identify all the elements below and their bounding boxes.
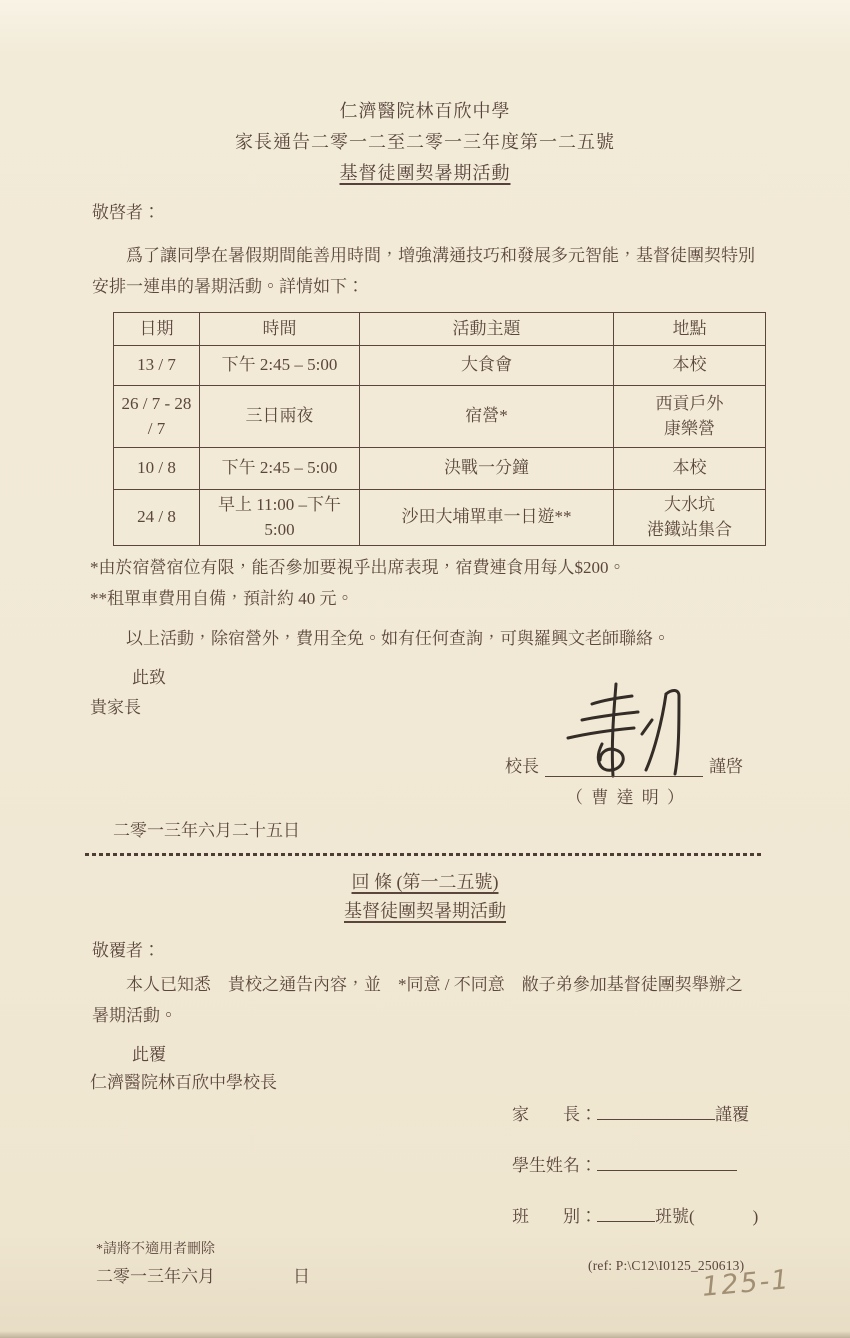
reply-slip-subtitle: 基督徒團契暑期活動 xyxy=(0,897,850,923)
class-number-close: ) xyxy=(753,1207,759,1226)
signature-blank xyxy=(545,758,703,777)
cut-dashed-line xyxy=(85,853,761,856)
reply-addressee: 仁濟醫院林百欣中學校長 xyxy=(90,1068,277,1093)
class-number-blank xyxy=(695,1204,753,1222)
school-name: 仁濟醫院林百欣中學 xyxy=(0,97,850,123)
salutation: 敬啓者： xyxy=(92,198,160,223)
cell-date: 26 / 7 - 28 / 7 xyxy=(114,386,200,448)
intro-line-1: 爲了讓同學在暑假期間能善用時間，增強溝通技巧和發展多元智能，基督徒團契特別 xyxy=(92,241,755,266)
table-row: 26 / 7 - 28 / 7 三日兩夜 宿營* 西貢戶外 康樂營 xyxy=(114,386,766,448)
class-field-row: 班 別：班號() xyxy=(512,1202,812,1227)
delete-inapplicable-footnote: *請將不適用者刪除 xyxy=(96,1238,215,1258)
col-header-date: 日期 xyxy=(114,313,200,346)
closing-addressee: 貴家長 xyxy=(90,693,141,718)
scanned-notice-page: 仁濟醫院林百欣中學 家長通告二零一二至二零一三年度第一二五號 基督徒團契暑期活動… xyxy=(0,0,850,1338)
reply-date-month: 二零一三年六月 xyxy=(96,1267,215,1286)
reply-slip-title: 回 條 (第一二五號) xyxy=(0,868,850,894)
cell-date: 10 / 8 xyxy=(114,448,200,490)
class-blank xyxy=(597,1203,655,1222)
class-number-open: 班號( xyxy=(655,1207,695,1226)
fee-enquiry-note: 以上活動，除宿營外，費用全免。如有任何查詢，可與羅興文老師聯絡。 xyxy=(92,624,670,649)
cell-time: 早上 11:00 –下午 5:00 xyxy=(200,490,360,546)
col-header-time: 時間 xyxy=(200,313,360,346)
activity-table: 日期 時間 活動主題 地點 13 / 7 下午 2:45 – 5:00 大食會 … xyxy=(113,312,766,546)
cell-venue: 西貢戶外 康樂營 xyxy=(614,386,766,448)
cell-theme: 沙田大埔單車一日遊** xyxy=(360,490,614,546)
reply-date-day: 日 xyxy=(293,1267,310,1286)
reply-body-line-1: 本人已知悉 貴校之通告內容，並 *同意 / 不同意 敝子弟參加基督徒團契舉辦之 xyxy=(92,970,743,995)
table-header-row: 日期 時間 活動主題 地點 xyxy=(114,313,766,346)
cell-theme: 決戰一分鐘 xyxy=(360,448,614,490)
cell-theme: 大食會 xyxy=(360,346,614,386)
cell-venue: 本校 xyxy=(614,346,766,386)
col-header-venue: 地點 xyxy=(614,313,766,346)
handwritten-page-number: 125-1 xyxy=(701,1264,792,1303)
parent-signature-blank xyxy=(597,1101,715,1120)
notice-number-line: 家長通告二零一二至二零一三年度第一二五號 xyxy=(0,128,850,154)
cell-time: 下午 2:45 – 5:00 xyxy=(200,448,360,490)
cell-time: 三日兩夜 xyxy=(200,386,360,448)
cell-date: 13 / 7 xyxy=(114,346,200,386)
parent-label: 家 長： xyxy=(512,1105,597,1124)
reply-body-line-2: 暑期活動。 xyxy=(92,1001,177,1026)
reply-regards: 此覆 xyxy=(132,1040,166,1065)
reply-date-row: 二零一三年六月日 xyxy=(96,1262,310,1287)
table-row: 24 / 8 早上 11:00 –下午 5:00 沙田大埔單車一日遊** 大水坑… xyxy=(114,490,766,546)
principal-label: 校長 xyxy=(505,752,539,777)
table-row: 13 / 7 下午 2:45 – 5:00 大食會 本校 xyxy=(114,346,766,386)
bike-rental-note: **租單車費用自備，預計約 40 元。 xyxy=(90,584,354,609)
scan-bottom-edge xyxy=(0,1331,850,1338)
reply-salutation: 敬覆者： xyxy=(92,936,160,961)
cell-date: 24 / 8 xyxy=(114,490,200,546)
notice-date: 二零一三年六月二十五日 xyxy=(113,816,300,841)
cell-time: 下午 2:45 – 5:00 xyxy=(200,346,360,386)
parent-suffix: 謹覆 xyxy=(715,1105,749,1124)
principal-name: （ 曹 達 明 ） xyxy=(566,783,686,808)
principal-sign-line: 校長 謹啓 xyxy=(505,752,743,777)
student-name-label: 學生姓名： xyxy=(512,1156,597,1175)
intro-line-2: 安排一連串的暑期活動。詳情如下： xyxy=(92,272,364,297)
closing-regards: 此致 xyxy=(132,663,166,688)
table-row: 10 / 8 下午 2:45 – 5:00 決戰一分鐘 本校 xyxy=(114,448,766,490)
class-label: 班 別： xyxy=(512,1207,597,1226)
col-header-theme: 活動主題 xyxy=(360,313,614,346)
cell-venue: 大水坑 港鐵站集合 xyxy=(614,490,766,546)
reply-fields: 家 長：謹覆 學生姓名： 班 別：班號() xyxy=(512,1100,812,1253)
respectfully-label: 謹啓 xyxy=(709,752,743,777)
notice-subject: 基督徒團契暑期活動 xyxy=(0,159,850,185)
cell-theme: 宿營* xyxy=(360,386,614,448)
camp-note: *由於宿營宿位有限，能否參加要視乎出席表現，宿費連食用每人$200。 xyxy=(90,553,626,578)
student-name-blank xyxy=(597,1152,737,1171)
cell-venue: 本校 xyxy=(614,448,766,490)
parent-field-row: 家 長：謹覆 xyxy=(512,1100,812,1125)
student-name-field-row: 學生姓名： xyxy=(512,1151,812,1176)
